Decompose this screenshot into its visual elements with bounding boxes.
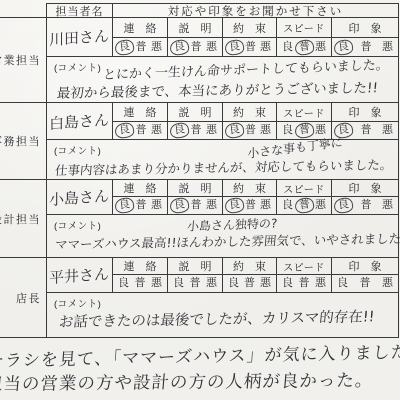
col-header-promise: 約 束 [223, 258, 277, 275]
rating-average: 普 [191, 125, 202, 136]
col-header-contact: 連 絡 [113, 18, 168, 38]
handwritten-comment: 仕事内容はあまり分かりませんが、対応してもらいました。 [54, 155, 393, 179]
rating-average: 普 [361, 42, 372, 53]
role-text: 設計担当 [0, 211, 41, 227]
rating-average: 普 [136, 200, 147, 211]
rating-cell: 良普悪 [113, 122, 168, 140]
rating-average: 普 [294, 197, 315, 214]
rating-bad: 悪 [260, 125, 271, 136]
comment-cell-sales: (コメント) とにかく一生けん命サポートしてもらいました。 最初から最後まで、本… [47, 57, 399, 103]
rating-bad: 悪 [382, 278, 393, 289]
rating-average: 普 [299, 278, 310, 289]
col-header-speed: スピード [277, 103, 332, 122]
rating-good: 良 [282, 125, 293, 136]
rating-good: 良 [169, 197, 190, 214]
rating-cell: 良普悪 [277, 38, 332, 57]
header-staff-name: 担当者名 [47, 3, 113, 18]
rating-bad: 悪 [260, 200, 271, 211]
staff-name-cell: 川田さん [47, 18, 113, 57]
rating-average: 普 [190, 278, 201, 289]
rating-average: 普 [360, 278, 371, 289]
rating-bad: 悪 [382, 200, 393, 211]
handwritten-comment: お話できたのは最後でしたが、カリスマ的存在!! [58, 305, 375, 332]
col-header-explanation: 説 明 [168, 180, 223, 197]
rating-average: 普 [244, 278, 255, 289]
col-header-speed: スピード [277, 180, 332, 197]
handwritten-name: 小島さん [50, 184, 110, 209]
rating-cell: 良普悪 [168, 122, 223, 140]
rating-bad: 悪 [315, 278, 326, 289]
handwritten-footer-line-2: 担当の営業の方や設計の方の人柄が良かった。 [0, 367, 374, 396]
rating-good: 良 [169, 122, 190, 139]
rating-bad: 悪 [260, 278, 271, 289]
rating-cell: 良普悪 [168, 275, 223, 293]
rating-bad: 悪 [260, 42, 271, 53]
rating-good: 良 [224, 197, 245, 214]
rating-average: 普 [294, 38, 315, 55]
row-label-office: 事務担当 [0, 103, 47, 180]
role-text: 事務担当 [0, 133, 41, 149]
rating-cell: 良普悪 [332, 197, 399, 215]
rating-average: 普 [245, 42, 256, 53]
col-header-explanation: 説 明 [168, 18, 223, 38]
rating-cell: 良普悪 [113, 38, 168, 57]
rating-good: 良 [114, 38, 135, 55]
col-header-promise: 約 束 [223, 103, 277, 122]
comment-label: (コメント) [54, 60, 101, 74]
rating-good: 良 [333, 38, 354, 55]
handwritten-name: 白島さん [50, 108, 110, 133]
comment-label: (コメント) [54, 143, 101, 157]
scanned-survey-form: 担当者名 対応や印象をお聞かせ下さい 営業担当 川田さん 連 絡 説 明 約 束… [0, 0, 400, 400]
comment-cell-design: (コメント) 小島さん独特の? ママーズハウス最高!!ほんわかした雰囲気で、いや… [47, 215, 399, 258]
rating-average: 普 [361, 125, 372, 136]
col-header-impression: 印 象 [332, 258, 399, 275]
rating-average: 普 [136, 125, 147, 136]
rating-bad: 悪 [151, 42, 162, 53]
rating-cell: 良普悪 [277, 275, 332, 293]
rating-good: 良 [282, 278, 293, 289]
col-header-promise: 約 束 [223, 180, 277, 197]
rating-cell: 良普悪 [223, 122, 277, 140]
header-response-prompt: 対応や印象をお聞かせ下さい [113, 3, 399, 18]
col-header-speed: スピード [277, 18, 332, 38]
rating-average: 普 [135, 278, 146, 289]
rating-good: 良 [114, 122, 135, 139]
handwritten-comment: 最初から最後まで、本当にありがとうございました!! [56, 76, 379, 102]
comment-label: (コメント) [54, 218, 101, 232]
comment-label: (コメント) [54, 296, 101, 310]
rating-cell: 良普悪 [223, 197, 277, 215]
rating-cell: 良普悪 [113, 197, 168, 215]
col-header-explanation: 説 明 [168, 258, 223, 275]
rating-bad: 悪 [382, 42, 393, 53]
rating-cell: 良普悪 [223, 38, 277, 57]
col-header-contact: 連 絡 [113, 103, 168, 122]
rating-average: 普 [245, 125, 256, 136]
rating-average: 普 [191, 200, 202, 211]
handwritten-comment: ママーズハウス最高!!ほんわかした雰囲気で、いやされました [54, 229, 400, 253]
rating-good: 良 [118, 278, 129, 289]
rating-average: 普 [136, 42, 147, 53]
role-text: 営業担当 [0, 52, 41, 68]
header-blank-cell [0, 3, 47, 18]
rating-good: 良 [282, 200, 293, 211]
row-label-design: 設計担当 [0, 180, 47, 258]
rating-bad: 悪 [206, 200, 217, 211]
feedback-table: 担当者名 対応や印象をお聞かせ下さい 営業担当 川田さん 連 絡 説 明 約 束… [0, 3, 399, 338]
rating-average: 普 [191, 42, 202, 53]
rating-good: 良 [224, 38, 245, 55]
rating-cell: 良普悪 [168, 38, 223, 57]
rating-average: 普 [361, 200, 372, 211]
rating-bad: 悪 [315, 200, 326, 211]
handwritten-name: 平井さん [50, 262, 110, 287]
rating-good: 良 [333, 197, 354, 214]
row-label-sales: 営業担当 [0, 18, 47, 103]
rating-good: 良 [228, 278, 239, 289]
col-header-speed: スピード [277, 258, 332, 275]
rating-bad: 悪 [206, 42, 217, 53]
rating-good: 良 [282, 42, 293, 53]
comment-cell-manager: (コメント) お話できたのは最後でしたが、カリスマ的存在!! [47, 293, 399, 338]
col-header-impression: 印 象 [332, 103, 399, 122]
rating-good: 良 [224, 122, 245, 139]
col-header-explanation: 説 明 [168, 103, 223, 122]
handwritten-name: 川田さん [50, 24, 110, 49]
comment-cell-office: (コメント) 小さな事も丁寧に 仕事内容はあまり分かりませんが、対応してもらいま… [47, 140, 399, 180]
rating-bad: 悪 [382, 125, 393, 136]
rating-bad: 悪 [206, 125, 217, 136]
rating-bad: 悪 [206, 278, 217, 289]
col-header-contact: 連 絡 [113, 258, 168, 275]
role-text: 店長 [16, 290, 41, 306]
rating-average: 普 [245, 200, 256, 211]
col-header-impression: 印 象 [332, 18, 399, 38]
rating-cell: 良普悪 [113, 275, 168, 293]
rating-cell: 良普悪 [168, 197, 223, 215]
col-header-contact: 連 絡 [113, 180, 168, 197]
staff-name-cell: 小島さん [47, 180, 113, 215]
rating-good: 良 [173, 278, 184, 289]
col-header-impression: 印 象 [332, 180, 399, 197]
rating-bad: 悪 [315, 42, 326, 53]
rating-good: 良 [337, 278, 348, 289]
rating-bad: 悪 [151, 125, 162, 136]
staff-name-cell: 白島さん [47, 103, 113, 140]
col-header-promise: 約 束 [223, 18, 277, 38]
rating-cell: 良普悪 [277, 197, 332, 215]
rating-good: 良 [114, 197, 135, 214]
rating-good: 良 [169, 38, 190, 55]
rating-bad: 悪 [151, 278, 162, 289]
rating-bad: 悪 [151, 200, 162, 211]
staff-name-cell: 平井さん [47, 258, 113, 293]
rating-cell: 良普悪 [332, 275, 399, 293]
rating-cell: 良普悪 [223, 275, 277, 293]
row-label-manager: 店長 [0, 258, 47, 338]
